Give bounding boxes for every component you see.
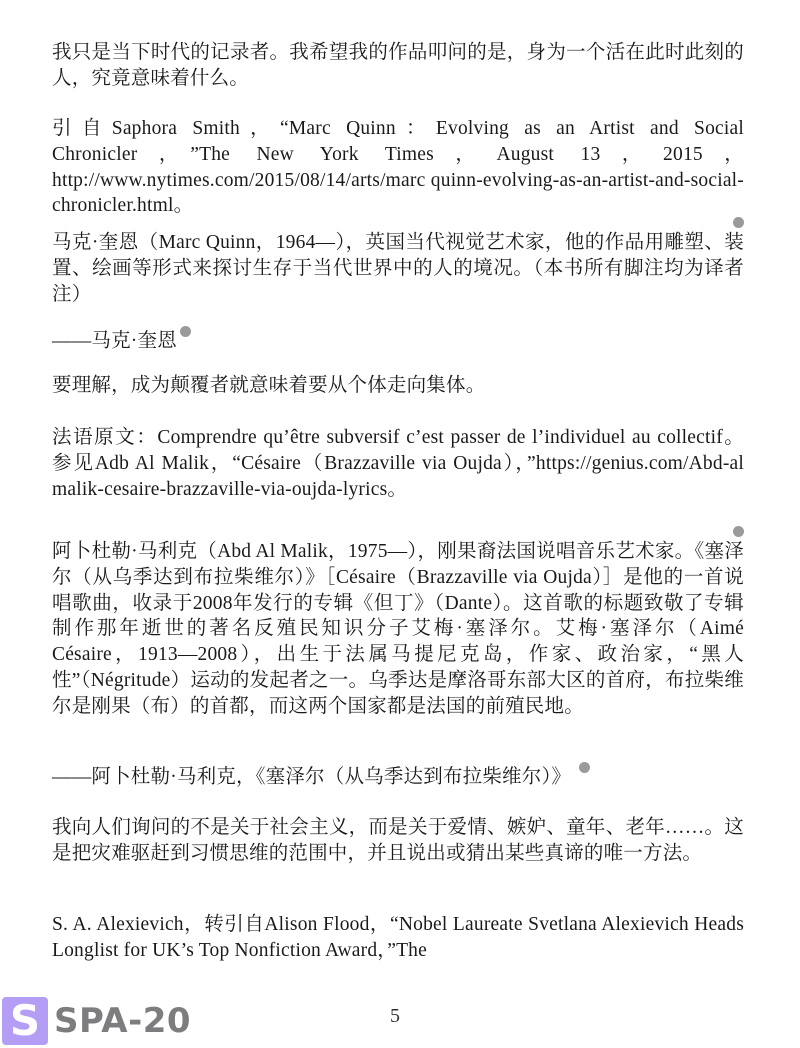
watermark-label: SPA-20 [54,1001,191,1041]
attribution-text: ——马克·奎恩 [52,331,177,352]
note-quinn: 马克·奎恩（Marc Quinn，1964—），英国当代视觉艺术家，他的作品用雕… [52,230,744,307]
page-number: 5 [390,1005,400,1028]
attribution-malik: ——阿卜杜勒·马利克，《塞泽尔（从乌季达到布拉柴维尔）》 [52,764,744,790]
source-quinn: 引自Saphora Smith，“Marc Quinn：Evolving as … [52,116,744,219]
footnote-circle-icon[interactable] [733,526,744,537]
epigraph-alexievich: 我向人们询问的不是关于社会主义，而是关于爱情、嫉妒、童年、老年……。这是把灾难驱… [52,815,744,867]
footnote-circle-icon[interactable] [180,326,191,337]
epigraph-quinn: 我只是当下时代的记录者。我希望我的作品叩问的是，身为一个活在此时此刻的人，究竟意… [52,40,744,92]
source-malik: 法语原文：Comprendre qu’être subversif c’est … [52,425,744,502]
epigraph-malik: 要理解，成为颠覆者就意味着要从个体走向集体。 [52,373,744,399]
watermark-logo-icon: S [2,997,48,1045]
source-alexievich: S. A. Alexievich，转引自Alison Flood，“Nobel … [52,912,744,964]
footnote-circle-icon[interactable] [579,762,590,773]
attribution-quinn: ——马克·奎恩 [52,328,744,354]
footer: S SPA-20 5 [0,995,800,1048]
attribution-text: ——阿卜杜勒·马利克，《塞泽尔（从乌季达到布拉柴维尔）》 [52,767,571,788]
note-malik: 阿卜杜勒·马利克（Abd Al Malik，1975—），刚果裔法国说唱音乐艺术… [52,539,744,720]
footnote-circle-icon[interactable] [733,217,744,228]
